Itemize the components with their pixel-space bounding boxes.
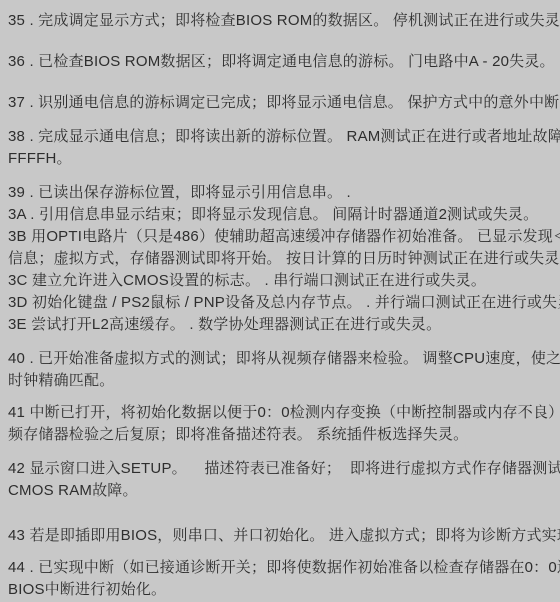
post-items-39-3e: 39 . 已读出保存游标位置，即将显示引用信息串。 .3A . 引用信息串显示结… [8,182,554,336]
post-item-40: 40 . 已开始准备虚拟方式的测试；即将从视频存储器来检验。 调整CPU速度，使… [8,348,554,392]
post-item-38: 38 . 完成显示通电信息；即将读出新的游标位置。 RAM测试正在进行或者地址故… [8,126,554,170]
post-item-35: 35 . 完成调定显示方式；即将检查BIOS ROM的数据区。 停机测试正在进行… [8,10,554,32]
post-item-43: 43 若是即插即用BIOS，则串口、并口初始化。 进入虚拟方式；即将为诊断方式实… [8,525,554,547]
post-item-44: 44 . 已实现中断（如已接通诊断开关；即将使数据作初始准备以检查存储器在0：0… [8,557,554,601]
document-body: 35 . 完成调定显示方式；即将检查BIOS ROM的数据区。 停机测试正在进行… [0,0,560,602]
post-item-37: 37 . 识别通电信息的游标调定已完成；即将显示通电信息。 保护方式中的意外中断… [8,92,554,114]
post-item-36: 36 . 已检查BIOS ROM数据区；即将调定通电信息的游标。 门电路中A -… [8,51,554,73]
post-item-41: 41 中断已打开，将初始化数据以便于0：0检测内存变换（中断控制器或内存不良） … [8,402,554,446]
post-item-42: 42 显示窗口进入SETUP。 描述符表已准备好； 即将进行虚拟方式作存储器测试… [8,458,554,502]
